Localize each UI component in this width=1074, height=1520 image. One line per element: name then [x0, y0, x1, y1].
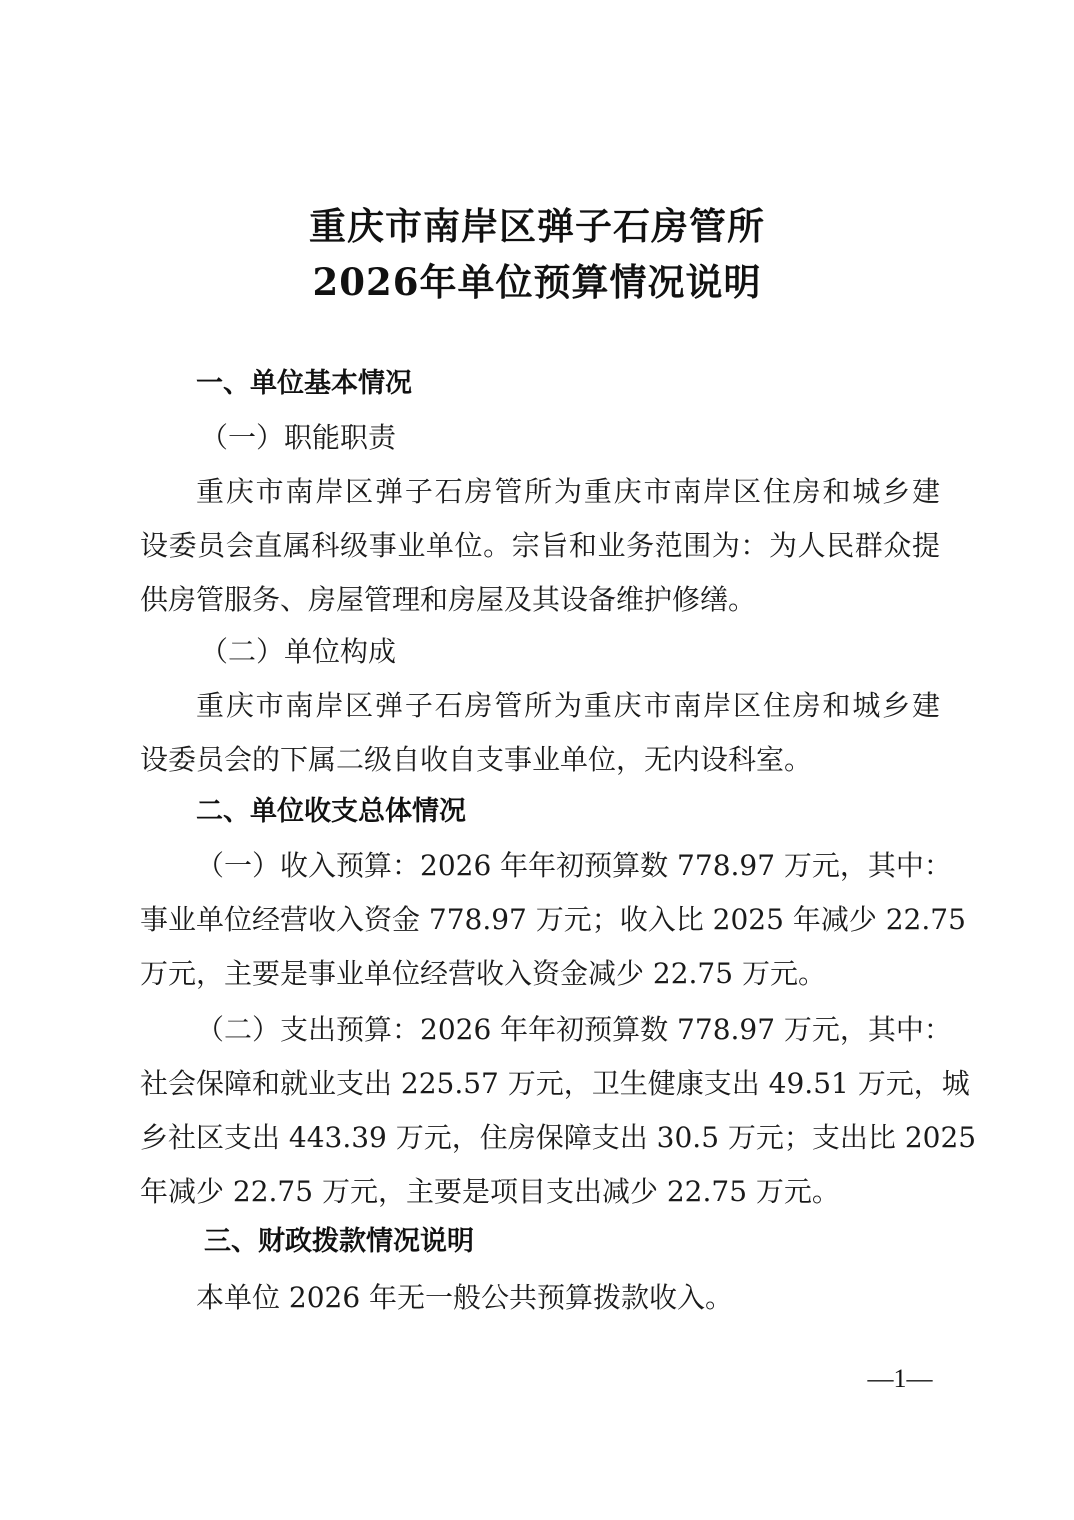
paragraph-line: （二）支出预算：2026 年年初预算数 778.97 万元，其中：: [196, 1010, 940, 1050]
paragraph-line: 供房管服务、房屋管理和房屋及其设备维护修缮。: [140, 580, 940, 620]
paragraph-line: 乡社区支出 443.39 万元，住房保障支出 30.5 万元；支出比 2025: [140, 1118, 940, 1158]
paragraph-line: 重庆市南岸区弹子石房管所为重庆市南岸区住房和城乡建: [196, 686, 940, 726]
document-title-line1: 重庆市南岸区弹子石房管所: [0, 196, 1074, 250]
page-number: —1—: [860, 1364, 940, 1394]
document-page: 重庆市南岸区弹子石房管所 2026年单位预算情况说明 一、单位基本情况 （一）职…: [0, 0, 1074, 1520]
document-title-line2: 2026年单位预算情况说明: [0, 252, 1074, 306]
section-heading-fiscal-appropriation: 三、财政拨款情况说明: [204, 1222, 474, 1262]
subsection-heading-structure: （二）单位构成: [200, 632, 396, 672]
paragraph-line: 年减少 22.75 万元，主要是项目支出减少 22.75 万元。: [140, 1172, 940, 1212]
paragraph-line: 设委员会的下属二级自收自支事业单位，无内设科室。: [140, 740, 940, 780]
section-heading-revenue-expenditure: 二、单位收支总体情况: [196, 792, 466, 832]
paragraph-line: （一）收入预算：2026 年年初预算数 778.97 万元，其中：: [196, 846, 940, 886]
paragraph-line: 本单位 2026 年无一般公共预算拨款收入。: [196, 1278, 940, 1318]
paragraph-line: 设委员会直属科级事业单位。宗旨和业务范围为：为人民群众提: [140, 526, 940, 566]
paragraph-line: 重庆市南岸区弹子石房管所为重庆市南岸区住房和城乡建: [196, 472, 940, 512]
paragraph-line: 社会保障和就业支出 225.57 万元，卫生健康支出 49.51 万元，城: [140, 1064, 940, 1104]
section-heading-basic-info: 一、单位基本情况: [196, 364, 412, 404]
subsection-heading-duties: （一）职能职责: [200, 418, 396, 458]
paragraph-line: 事业单位经营收入资金 778.97 万元；收入比 2025 年减少 22.75: [140, 900, 940, 940]
paragraph-line: 万元，主要是事业单位经营收入资金减少 22.75 万元。: [140, 954, 940, 994]
